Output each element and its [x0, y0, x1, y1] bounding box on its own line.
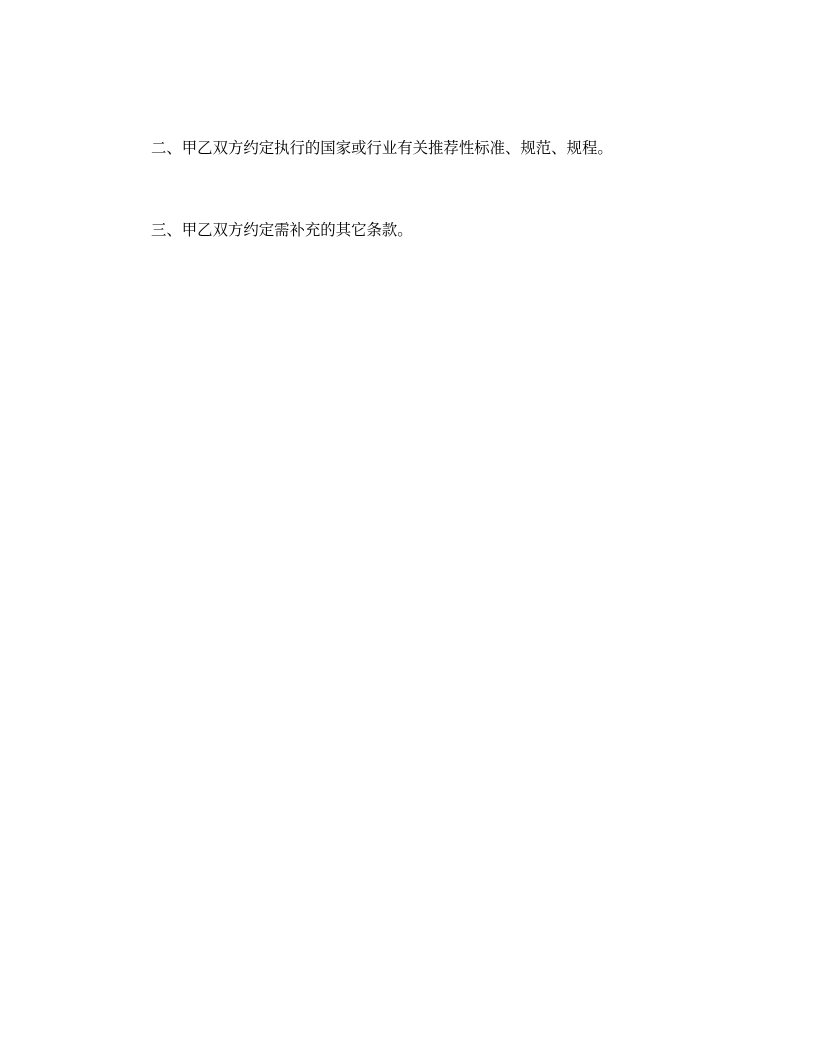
- document-page: 二、甲乙双方约定执行的国家或行业有关推荐性标准、规范、规程。 三、甲乙双方约定需…: [0, 0, 816, 1056]
- clause-three-paragraph: 三、甲乙双方约定需补充的其它条款。: [151, 220, 413, 240]
- clause-two-paragraph: 二、甲乙双方约定执行的国家或行业有关推荐性标准、规范、规程。: [151, 138, 613, 158]
